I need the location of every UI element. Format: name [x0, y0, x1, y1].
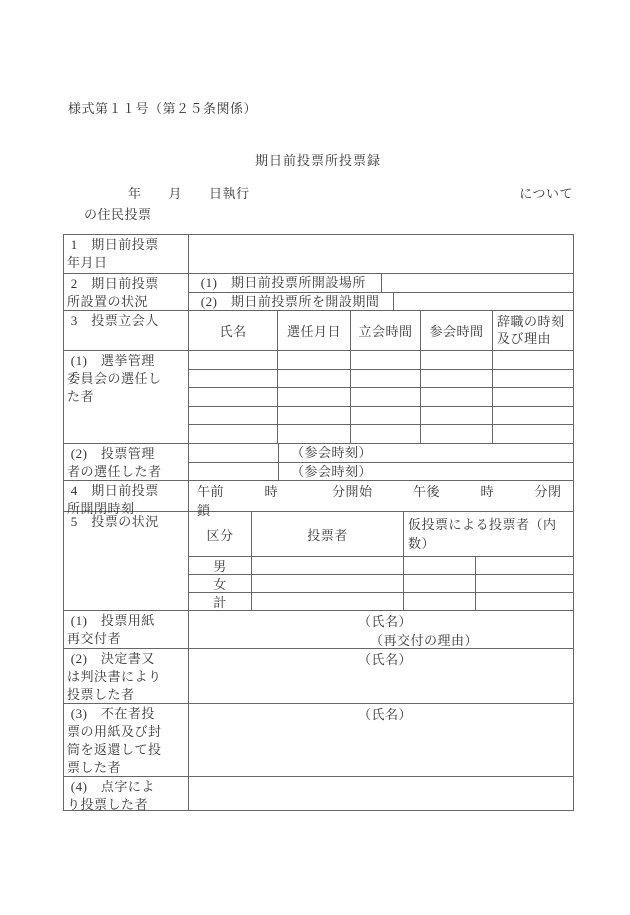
voter-count-cell	[251, 575, 403, 592]
section-2-row: 2 期日前投票 所設置の状況 (1) 期日前投票所開設場所 (2) 期日前投票所…	[64, 273, 573, 310]
manager-name-cell	[189, 463, 278, 481]
braille-vote-label: (4) 点字によ り投票した者	[64, 777, 189, 810]
section-5-label: 5 投票の状況	[64, 512, 189, 610]
observer-row	[189, 369, 573, 388]
manager-selected-content: （参会時刻） （参会時刻）	[189, 444, 573, 480]
absentee-return-value-cell: （氏名）	[189, 704, 573, 776]
observer-attendance-cell	[350, 407, 420, 425]
observer-date-cell	[277, 351, 350, 369]
col-header-name: 氏名	[189, 311, 277, 350]
execution-date-line: 年 月 日執行 について	[68, 183, 573, 202]
observer-row	[189, 351, 573, 369]
voter-count-cell	[251, 593, 403, 610]
section-3-1-label: (1) 選挙管理 委員会の選任し た者	[64, 351, 189, 443]
decision-vote-label: (2) 決定書又 は判決書により 投票した者	[64, 649, 189, 703]
category-female-label: 女	[189, 575, 251, 592]
voter-count-row: 計	[189, 592, 573, 610]
joining-time-label: （参会時刻）	[278, 463, 573, 481]
name-field-label: （氏名）	[350, 649, 412, 668]
observer-date-cell	[277, 425, 350, 443]
manager-selected-row: （参会時刻）	[189, 462, 573, 481]
voter-count-row: 女	[189, 574, 573, 592]
observer-joining-cell	[420, 407, 492, 425]
manager-name-cell	[189, 444, 278, 462]
absentee-return-row: (3) 不在者投 票の用紙及び封 筒を返還して投 票した者 （氏名）	[64, 703, 573, 776]
page-title: 期日前投票所投票録	[0, 150, 630, 169]
joining-time-label: （参会時刻）	[278, 444, 573, 462]
col-header-appointment-date: 選任月日	[277, 311, 350, 350]
observer-name-cell	[189, 425, 277, 443]
observer-resignation-cell	[492, 425, 573, 443]
section-3-2-row: (2) 投票管理 者の選任した者 （参会時刻） （参会時刻）	[64, 443, 573, 480]
provisional-count-cell	[403, 593, 475, 610]
category-male-label: 男	[189, 557, 251, 574]
decision-vote-row: (2) 決定書又 は判決書により 投票した者 （氏名）	[64, 648, 573, 703]
provisional-count-cell	[403, 575, 475, 592]
observer-attendance-cell	[350, 388, 420, 406]
section-1-label: 1 期日前投票 年月日	[64, 235, 189, 273]
opening-period-value-cell	[393, 293, 573, 311]
opening-period-row: (2) 期日前投票所を開設期間	[189, 292, 573, 311]
section-4-row: 4 期日前投票 所開閉時刻 午前 時 分開始 午後 時 分閉鎖	[64, 480, 573, 511]
observer-attendance-cell	[350, 370, 420, 388]
col-header-resignation: 辞職の時刻 及び理由	[492, 311, 573, 350]
execution-date-text: 年 月 日執行	[128, 183, 250, 202]
braille-vote-row: (4) 点字によ り投票した者	[64, 776, 573, 810]
section-4-label: 4 期日前投票 所開閉時刻	[64, 481, 189, 511]
observer-joining-cell	[420, 425, 492, 443]
voting-status-table: 区分 投票者 仮投票による投票者（内 数） 男 女 計	[189, 512, 573, 610]
open-close-time-cell: 午前 時 分開始 午後 時 分閉鎖	[189, 481, 573, 511]
observer-resignation-cell	[492, 388, 573, 406]
absentee-return-label: (3) 不在者投 票の用紙及び封 筒を返還して投 票した者	[64, 704, 189, 776]
voting-status-header-row: 区分 投票者 仮投票による投票者（内 数）	[189, 512, 573, 556]
observer-joining-cell	[420, 388, 492, 406]
observer-grid	[189, 351, 573, 443]
decision-vote-value-cell: （氏名）	[189, 649, 573, 703]
referendum-line2-text: の住民投票	[84, 204, 152, 223]
col-header-category: 区分	[189, 512, 251, 556]
category-total-label: 計	[189, 593, 251, 610]
opening-place-label: (1) 期日前投票所開設場所	[189, 274, 381, 292]
observer-date-cell	[277, 388, 350, 406]
reissue-reason-label: （再交付の理由）	[370, 630, 478, 649]
provisional-count-cell	[475, 593, 573, 610]
col-header-joining-time: 参会時間	[420, 311, 492, 350]
section-5-row: 5 投票の状況 区分 投票者 仮投票による投票者（内 数） 男 女	[64, 511, 573, 610]
section-3-1-row: (1) 選挙管理 委員会の選任し た者	[64, 350, 573, 443]
observer-name-cell	[189, 351, 277, 369]
section-2-content: (1) 期日前投票所開設場所 (2) 期日前投票所を開設期間	[189, 274, 573, 310]
observer-attendance-cell	[350, 425, 420, 443]
section-3-header-row: 3 投票立会人 氏名 選任月日 立会時間 参会時間 辞職の時刻 及び理由	[64, 310, 573, 350]
col-header-voters: 投票者	[251, 512, 403, 556]
observer-date-cell	[277, 370, 350, 388]
col-header-provisional-voters: 仮投票による投票者（内 数）	[403, 512, 573, 556]
reissue-row: (1) 投票用紙 再交付者 （氏名） （再交付の理由）	[64, 610, 573, 648]
observer-row	[189, 406, 573, 425]
section-3-2-label: (2) 投票管理 者の選任した者	[64, 444, 189, 480]
observer-resignation-cell	[492, 407, 573, 425]
manager-selected-row: （参会時刻）	[189, 444, 573, 462]
opening-period-label: (2) 期日前投票所を開設期間	[189, 293, 393, 311]
observer-joining-cell	[420, 370, 492, 388]
observer-name-cell	[189, 370, 277, 388]
observer-row	[189, 424, 573, 443]
reissue-value-cell: （氏名） （再交付の理由）	[189, 611, 573, 648]
observer-resignation-cell	[492, 370, 573, 388]
observer-header: 氏名 選任月日 立会時間 参会時間 辞職の時刻 及び理由	[189, 311, 573, 350]
observer-resignation-cell	[492, 351, 573, 369]
section-1-value-cell	[189, 235, 573, 273]
name-field-label: （氏名）	[350, 611, 412, 630]
section-3-label: 3 投票立会人	[64, 311, 189, 350]
reissue-label: (1) 投票用紙 再交付者	[64, 611, 189, 648]
voter-count-row: 男	[189, 556, 573, 574]
section-2-label: 2 期日前投票 所設置の状況	[64, 274, 189, 310]
name-field-label: （氏名）	[350, 704, 412, 723]
opening-place-value-cell	[381, 274, 573, 292]
referendum-suffix-text: について	[519, 183, 573, 202]
braille-vote-value-cell	[189, 777, 573, 810]
observer-attendance-cell	[350, 351, 420, 369]
provisional-count-cell	[403, 557, 475, 574]
observer-name-cell	[189, 388, 277, 406]
observer-joining-cell	[420, 351, 492, 369]
provisional-count-cell	[475, 557, 573, 574]
form-number: 様式第１１号（第２５条関係）	[68, 98, 257, 117]
form-table: 1 期日前投票 年月日 2 期日前投票 所設置の状況 (1) 期日前投票所開設場…	[63, 234, 574, 811]
voter-count-cell	[251, 557, 403, 574]
observer-header-row: 氏名 選任月日 立会時間 参会時間 辞職の時刻 及び理由	[189, 311, 573, 350]
document-page: 様式第１１号（第２５条関係） 期日前投票所投票録 年 月 日執行 について の住…	[0, 0, 630, 915]
observer-name-cell	[189, 407, 277, 425]
section-1-row: 1 期日前投票 年月日	[64, 235, 573, 273]
provisional-count-cell	[475, 575, 573, 592]
opening-place-row: (1) 期日前投票所開設場所	[189, 274, 573, 292]
observer-row	[189, 387, 573, 406]
col-header-attendance-time: 立会時間	[350, 311, 420, 350]
observer-date-cell	[277, 407, 350, 425]
